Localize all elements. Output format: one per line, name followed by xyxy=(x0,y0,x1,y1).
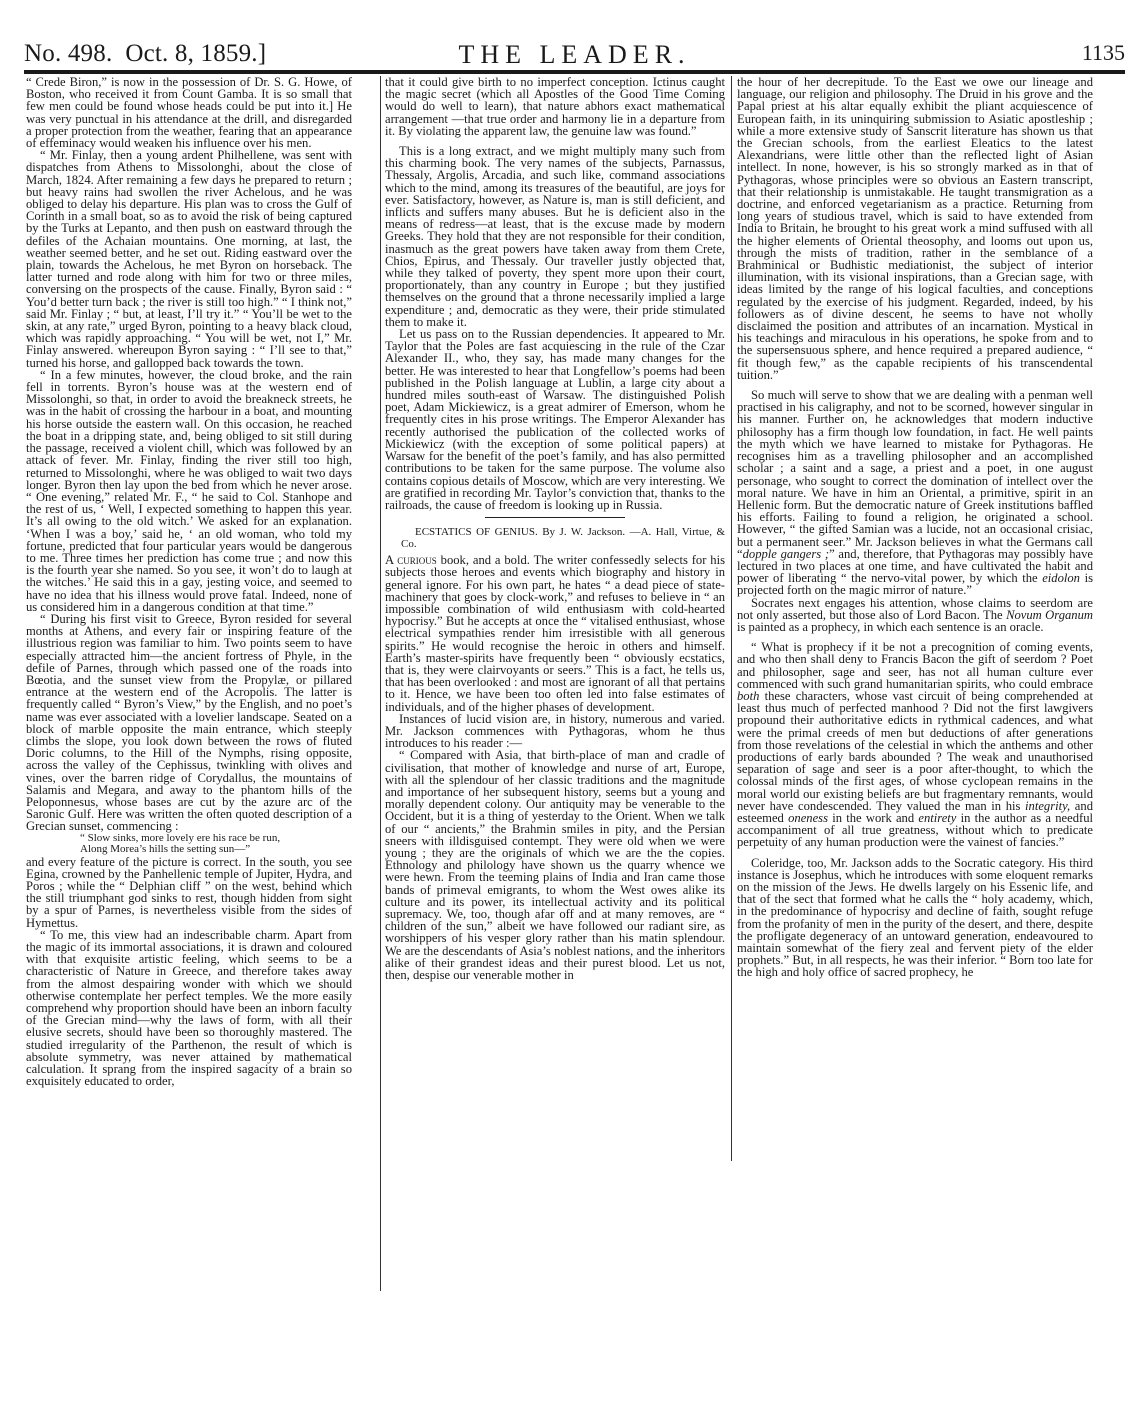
paragraph: “ In a few minutes, however, the cloud b… xyxy=(26,369,352,613)
paragraph: Instances of lucid vision are, in histor… xyxy=(385,713,725,750)
masthead: No. 498. Oct. 8, 1859.] THE LEADER. 1135 xyxy=(24,40,1125,68)
paragraph: Coleridge, too, Mr. Jackson adds to the … xyxy=(737,857,1093,979)
paragraph: and every feature of the picture is corr… xyxy=(26,856,352,929)
section-separator xyxy=(485,517,625,518)
paragraph: Let us pass on to the Russian dependenci… xyxy=(385,328,725,511)
newspaper-title: THE LEADER. xyxy=(24,40,1125,70)
column-2: that it could give birth to no imperfect… xyxy=(380,76,725,1291)
page-number: 1135 xyxy=(1082,40,1125,66)
paragraph: “ Crede Biron,” is now in the possession… xyxy=(26,76,352,149)
paragraph: A curious book, and a bold. The writer c… xyxy=(385,554,725,713)
paragraph: “ What is prophecy if it be not a precog… xyxy=(737,641,1093,848)
column-3: the hour of her decrepitude. To the East… xyxy=(731,76,1093,1161)
paragraph: Socrates next engages his attention, who… xyxy=(737,597,1093,634)
masthead-rule xyxy=(24,70,1125,74)
paragraph: So much will serve to show that we are d… xyxy=(737,389,1093,596)
paragraph: “ Mr. Finlay, then a young ardent Philhe… xyxy=(26,149,352,369)
paragraph: This is a long extract, and we might mul… xyxy=(385,145,725,328)
paragraph: “ To me, this view had an indescribable … xyxy=(26,929,352,1088)
paragraph: that it could give birth to no imperfect… xyxy=(385,76,725,137)
paragraph: “ During his first visit to Greece, Byro… xyxy=(26,613,352,833)
column-1: “ Crede Biron,” is now in the possession… xyxy=(26,76,352,1087)
verse-line: Along Morea’s hills the setting sun—” xyxy=(26,844,352,856)
paragraph: the hour of her decrepitude. To the East… xyxy=(737,76,1093,381)
review-heading: ECSTATICS OF GENIUS. By J. W. Jackson. —… xyxy=(385,526,725,550)
paragraph: “ Compared with Asia, that birth-place o… xyxy=(385,749,725,981)
